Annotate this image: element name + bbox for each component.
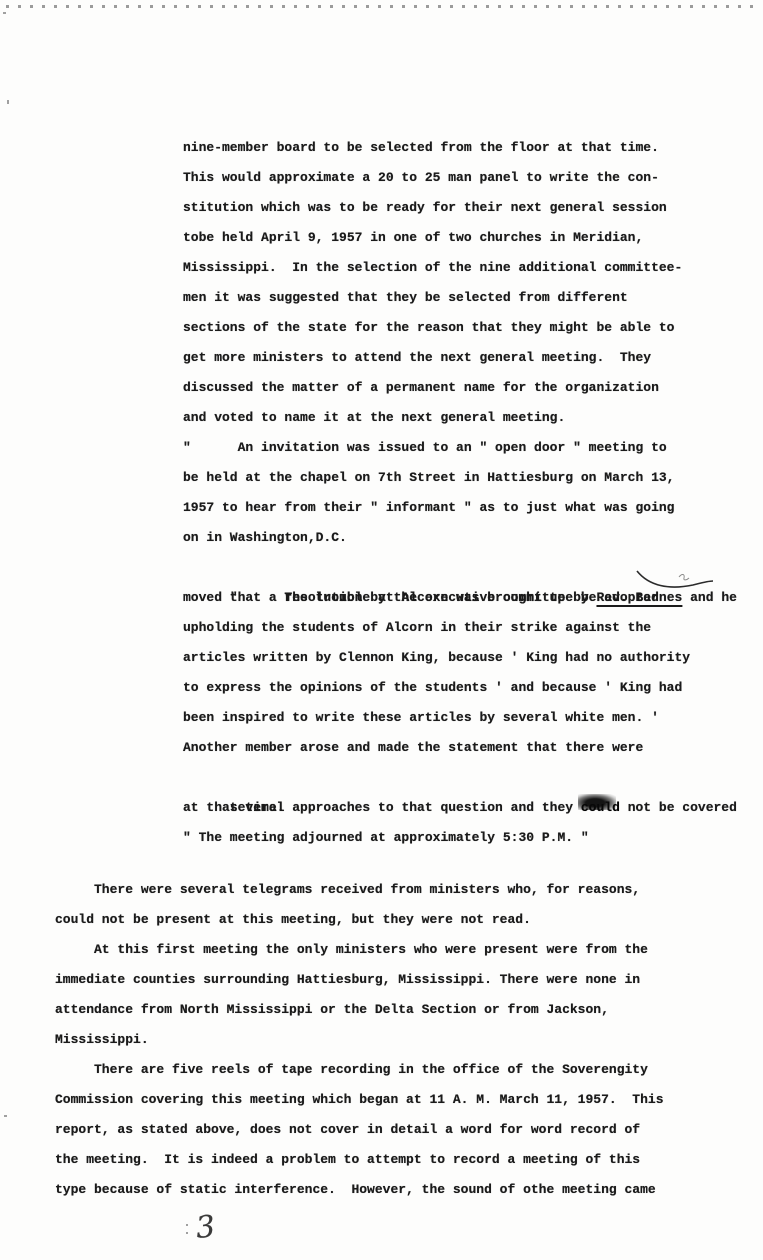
text-line: " The meeting adjourned at approximately… — [183, 823, 737, 853]
text-line: tobe held April 9, 1957 in one of two ch… — [183, 223, 737, 253]
text-line: There are five reels of tape recording i… — [55, 1055, 664, 1085]
text-line: discussed the matter of a permanent name… — [183, 373, 737, 403]
text-line: get more ministers to attend the next ge… — [183, 343, 737, 373]
text-line: 1957 to hear from their " informant " as… — [183, 493, 737, 523]
scan-artifact-dot — [4, 1115, 7, 1117]
text-line: attendance from North Mississippi or the… — [55, 995, 664, 1025]
text-line: report, as stated above, does not cover … — [55, 1115, 664, 1145]
text-line: upholding the students of Alcorn in thei… — [183, 613, 737, 643]
text-line: nine-member board to be selected from th… — [183, 133, 737, 163]
text-line: Mississippi. In the selection of the nin… — [183, 253, 737, 283]
text-line: moved that a resolution by the executive… — [183, 583, 737, 613]
text-line: At this first meeting the only ministers… — [55, 935, 664, 965]
text-line: Mississippi. — [55, 1025, 664, 1055]
text-line: to express the opinions of the students … — [183, 673, 737, 703]
text-line: men it was suggested that they be select… — [183, 283, 737, 313]
text-line: articles written by Clennon King, becaus… — [183, 643, 737, 673]
text-line-barnes: " The trouble at Alcorn was brought up b… — [183, 553, 737, 583]
text-line: be held at the chapel on 7th Street in H… — [183, 463, 737, 493]
perforation-dots — [6, 5, 759, 8]
scan-artifact-dot — [186, 1224, 188, 1226]
text-line: immediate counties surrounding Hattiesbu… — [55, 965, 664, 995]
text-line: and voted to name it at the next general… — [183, 403, 737, 433]
scan-artifact-dot — [3, 12, 6, 14]
text-line: There were several telegrams received fr… — [55, 875, 664, 905]
text-line: sections of the state for the reason tha… — [183, 313, 737, 343]
text-line: at that time. — [183, 793, 737, 823]
text-line: stitution which was to be ready for thei… — [183, 193, 737, 223]
body-paragraphs: There were several telegrams received fr… — [55, 875, 664, 1205]
scan-artifact-dot — [186, 1232, 188, 1234]
text-line: Another member arose and made the statem… — [183, 733, 737, 763]
quoted-report-block: nine-member board to be selected from th… — [183, 133, 737, 853]
text-line: been inspired to write these articles by… — [183, 703, 737, 733]
text-line: the meeting. It is indeed a problem to a… — [55, 1145, 664, 1175]
page-number: 3 — [194, 1209, 217, 1246]
text-line: " An invitation was issued to an " open … — [183, 433, 737, 463]
text-line: type because of static interference. How… — [55, 1175, 664, 1205]
text-line-blot: several approaches to that question and … — [183, 763, 737, 793]
text-line: Commission covering this meeting which b… — [55, 1085, 664, 1115]
text-line: This would approximate a 20 to 25 man pa… — [183, 163, 737, 193]
scanned-document-page: nine-member board to be selected from th… — [0, 0, 763, 1260]
scan-artifact-dot — [7, 100, 9, 104]
text-line: could not be present at this meeting, bu… — [55, 905, 664, 935]
